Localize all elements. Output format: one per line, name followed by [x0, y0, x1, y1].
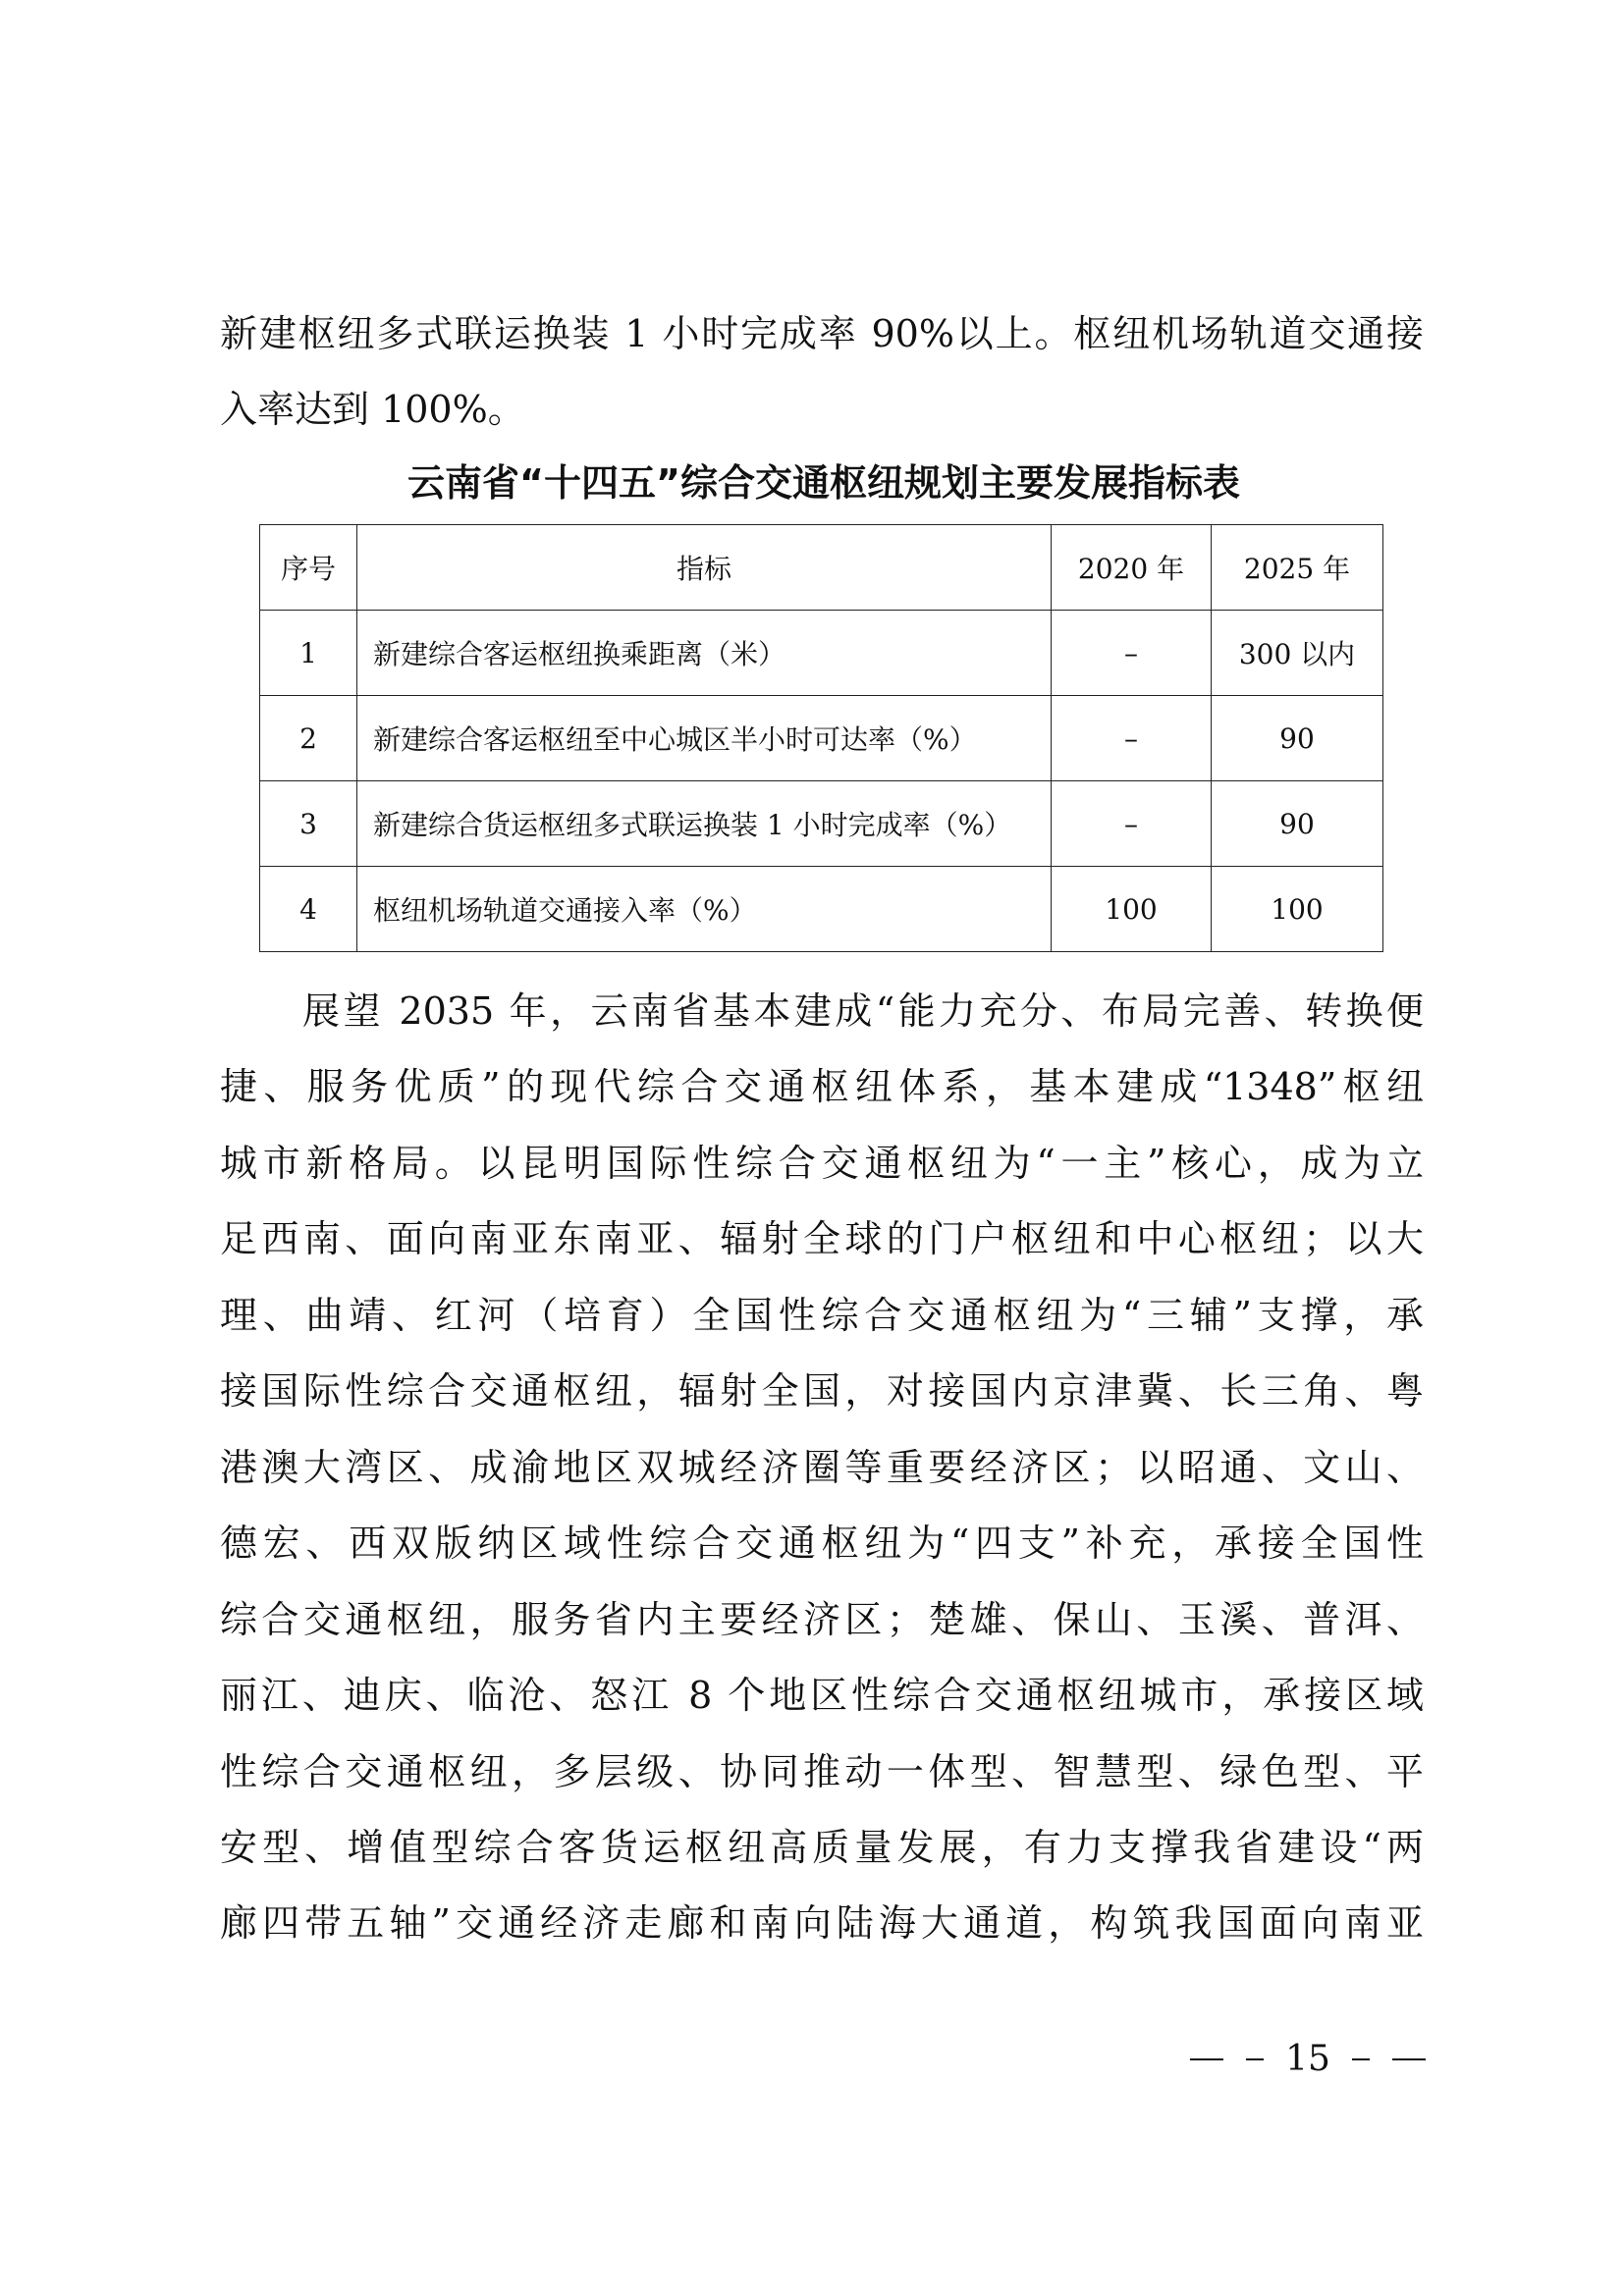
body-line: 城市新格局。以昆明国际性综合交通枢纽为“一主”核心，成为立 — [220, 1134, 1424, 1193]
body-line: 性综合交通枢纽，多层级、协同推动一体型、智慧型、绿色型、平 — [220, 1742, 1424, 1801]
footer-dash — [1190, 2058, 1223, 2060]
cell-2020: – — [1052, 781, 1212, 867]
cell-2025: 90 — [1212, 696, 1383, 781]
cell-indicator: 新建综合客运枢纽至中心城区半小时可达率（%） — [357, 696, 1052, 781]
intro-line: 新建枢纽多式联运换装 1 小时完成率 90%以上。枢纽机场轨道交通接 — [220, 304, 1424, 363]
body-line: 理、曲靖、红河（培育）全国性综合交通枢纽为“三辅”支撑，承 — [220, 1286, 1424, 1345]
cell-2020: – — [1052, 696, 1212, 781]
footer-dash — [1246, 2058, 1264, 2060]
body-line: 综合交通枢纽，服务省内主要经济区；楚雄、保山、玉溪、普洱、 — [220, 1590, 1424, 1649]
body-line: 捷、服务优质”的现代综合交通枢纽体系，基本建成“1348”枢纽 — [220, 1057, 1424, 1116]
body-line: 丽江、迪庆、临沧、怒江 8 个地区性综合交通枢纽城市，承接区域 — [220, 1666, 1424, 1725]
footer-dash — [1392, 2058, 1426, 2060]
header-no: 序号 — [260, 525, 357, 611]
header-2025: 2025 年 — [1212, 525, 1383, 611]
cell-no: 3 — [260, 781, 357, 867]
cell-2020: 100 — [1052, 867, 1212, 952]
cell-2020: – — [1052, 611, 1212, 696]
header-2020: 2020 年 — [1052, 525, 1212, 611]
table-row: 3 新建综合货运枢纽多式联运换装 1 小时完成率（%） – 90 — [260, 781, 1383, 867]
intro-line: 入率达到 100%。 — [220, 380, 1424, 439]
body-line: 足西南、面向南亚东南亚、辐射全球的门户枢纽和中心枢纽；以大 — [220, 1209, 1424, 1268]
cell-no: 1 — [260, 611, 357, 696]
cell-indicator: 新建综合客运枢纽换乘距离（米） — [357, 611, 1052, 696]
cell-indicator: 新建综合货运枢纽多式联运换装 1 小时完成率（%） — [357, 781, 1052, 867]
cell-indicator: 枢纽机场轨道交通接入率（%） — [357, 867, 1052, 952]
cell-2025: 100 — [1212, 867, 1383, 952]
table-title: 云南省“十四五”综合交通枢纽规划主要发展指标表 — [258, 457, 1389, 508]
page-footer: 15 — [1190, 2038, 1426, 2081]
table-row: 1 新建综合客运枢纽换乘距离（米） – 300 以内 — [260, 611, 1383, 696]
body-line: 德宏、西双版纳区域性综合交通枢纽为“四支”补充，承接全国性 — [220, 1514, 1424, 1573]
cell-2025: 300 以内 — [1212, 611, 1383, 696]
table-header-row: 序号 指标 2020 年 2025 年 — [260, 525, 1383, 611]
cell-2025: 90 — [1212, 781, 1383, 867]
body-line: 展望 2035 年，云南省基本建成“能力充分、布局完善、转换便 — [302, 982, 1424, 1041]
footer-dash — [1352, 2058, 1370, 2060]
body-line: 廊四带五轴”交通经济走廊和南向陆海大通道，构筑我国面向南亚 — [220, 1894, 1424, 1952]
header-indicator: 指标 — [357, 525, 1052, 611]
indicator-table: 序号 指标 2020 年 2025 年 1 新建综合客运枢纽换乘距离（米） – … — [259, 524, 1383, 952]
body-line: 安型、增值型综合客货运枢纽高质量发展，有力支撑我省建设“两 — [220, 1818, 1424, 1877]
body-line: 港澳大湾区、成渝地区双城经济圈等重要经济区；以昭通、文山、 — [220, 1438, 1424, 1497]
body-line: 接国际性综合交通枢纽，辐射全国，对接国内京津冀、长三角、粤 — [220, 1362, 1424, 1420]
cell-no: 4 — [260, 867, 357, 952]
cell-no: 2 — [260, 696, 357, 781]
table-row: 4 枢纽机场轨道交通接入率（%） 100 100 — [260, 867, 1383, 952]
page-number: 15 — [1285, 2038, 1330, 2081]
table-row: 2 新建综合客运枢纽至中心城区半小时可达率（%） – 90 — [260, 696, 1383, 781]
